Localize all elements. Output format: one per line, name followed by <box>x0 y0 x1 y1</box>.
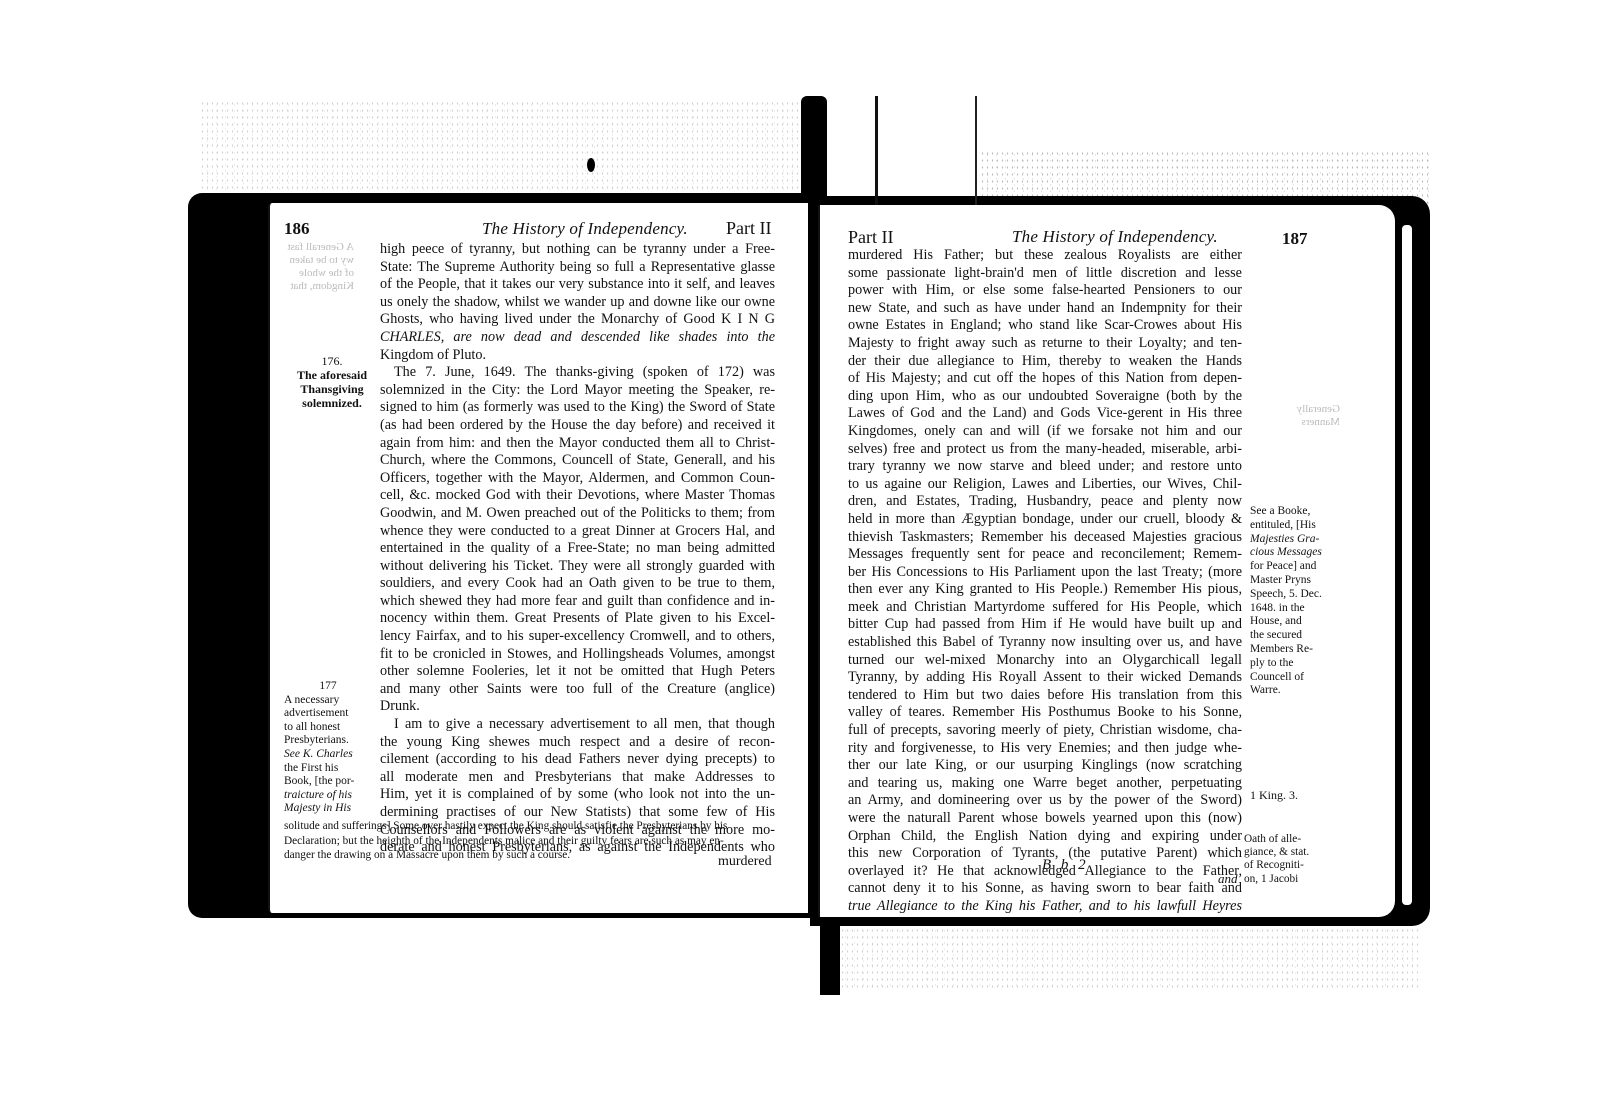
footnote-line: Declaration; but the heighth of the Inde… <box>284 834 774 849</box>
text-line: Lawes of God and the Land) and Gods Vice… <box>848 405 1242 423</box>
text-line: owne Estates in England; who stand like … <box>848 317 1242 335</box>
page-number: 187 <box>1282 229 1308 249</box>
footnote-line: danger the drawing on a Massacre upon th… <box>284 848 774 863</box>
text-line: Officers, together with the Mayor, Alder… <box>380 470 775 488</box>
margin-note-see-a-booke: See a Booke, entituled, [His Majesties G… <box>1250 505 1335 698</box>
margin-note-1-king-3: 1 King. 3. <box>1250 788 1330 802</box>
text-line: Goodwin, and M. Owen preached out of the… <box>380 505 775 523</box>
left-body-text: high peece of tyranny, but nothing can b… <box>380 241 775 857</box>
text-line: cell, &c. mocked God with their Devotion… <box>380 487 775 505</box>
text-line: fit to be cronicled in Stowes, and Holli… <box>380 646 775 664</box>
text-line: selves) free and protect us from the man… <box>848 441 1242 459</box>
text-line: held in more than Ægyptian bondage, unde… <box>848 511 1242 529</box>
text-line: ding upon Him, who as our undoubted Sove… <box>848 388 1242 406</box>
text-line: and many other Saints were too full of t… <box>380 681 775 699</box>
text-line: an Army, and domineering over us by the … <box>848 792 1242 810</box>
text-line: tendered to Him but two daies before His… <box>848 687 1242 705</box>
part-label: Part II <box>848 227 893 248</box>
text-line: us onely the shadow, whilst we wander up… <box>380 294 775 312</box>
text-line: (as had been ordered by the House the da… <box>380 417 775 435</box>
page-edge-strip <box>1402 225 1412 905</box>
running-title: The History of Independency. <box>482 219 688 239</box>
text-line: nocency within them. Great Presents of P… <box>380 610 775 628</box>
text-line: rity and forgivenesse, to His very Enemi… <box>848 740 1242 758</box>
text-line: new State, and such as have under hand a… <box>848 300 1242 318</box>
text-line: CHARLES, are now dead and descended like… <box>380 329 775 347</box>
catchword: murdered <box>718 854 772 870</box>
footnote-line: solitude and sufferings] Some over hasti… <box>284 819 774 834</box>
text-line: established this Babel of Tyranny now in… <box>848 634 1242 652</box>
text-line: solemnized in the City: the Lord Mayor m… <box>380 382 775 400</box>
text-line: Kingdom of Pluto. <box>380 347 775 365</box>
text-line: valley of teares. Remember His Posthumus… <box>848 704 1242 722</box>
text-line: cilement (according to his dead Fathers … <box>380 751 775 769</box>
text-line: ther our late King, or our usurping King… <box>848 757 1242 775</box>
text-line: true Allegiance to the King his Father, … <box>848 898 1242 916</box>
bleed-through-text: A Generall fast wy to be taken of the wh… <box>276 241 354 293</box>
text-line: Messages frequently sent for peace and r… <box>848 546 1242 564</box>
text-line: Him, yet it is complained of by some (wh… <box>380 786 775 804</box>
text-line: the young King shewes much respect and a… <box>380 734 775 752</box>
text-line: lency Fairfax, and to his super-excellen… <box>380 628 775 646</box>
text-line: Church, where the Commons, Councell of S… <box>380 452 775 470</box>
text-line: entertained in the quality of a Free-Sta… <box>380 540 775 558</box>
text-line: cannot deny it to his Sonne, as having s… <box>848 880 1242 898</box>
text-line: to us againe our Religion, Lawes and Lib… <box>848 476 1242 494</box>
text-line: Orphan Child, the English Nation dying a… <box>848 828 1242 846</box>
right-page: Part II The History of Independency. 187… <box>818 205 1395 917</box>
right-body-text: murdered His Father; but these zealous R… <box>848 247 1242 916</box>
text-line: murdered His Father; but these zealous R… <box>848 247 1242 265</box>
text-line: which shewed they had more fear and guil… <box>380 593 775 611</box>
margin-note-177: 177 A necessary advertisement to all hon… <box>284 680 372 816</box>
text-line: ber His Concessions to His Parliament up… <box>848 564 1242 582</box>
running-title: The History of Independency. <box>1012 227 1218 247</box>
text-line: I am to give a necessary advertisement t… <box>380 716 775 734</box>
text-line: trary tyranny we now starve and bleed un… <box>848 458 1242 476</box>
margin-note-oath-of-allegiance: Oath of alle- giance, & stat. of Recogni… <box>1244 833 1329 886</box>
left-page: 186 The History of Independency. Part II… <box>268 203 808 913</box>
text-line: and tearing us, making one Warre beget a… <box>848 775 1242 793</box>
spine-edge-line <box>975 96 977 216</box>
text-line: other solemne Fooleries, let it not be o… <box>380 663 775 681</box>
part-label: Part II <box>726 218 771 239</box>
text-line: power with Him, or else some false-heart… <box>848 282 1242 300</box>
signature-mark: B b 2 <box>1042 857 1089 874</box>
text-line: bitter Cup had passed from Him if He wou… <box>848 616 1242 634</box>
text-line: without delivering his Ticket. They were… <box>380 558 775 576</box>
text-line: all moderate men and Presbyterians that … <box>380 769 775 787</box>
bleed-through-text: Generally Manners <box>1260 403 1340 429</box>
text-line: Ghosts, who having lived under the Monar… <box>380 311 775 329</box>
text-line: some passionate light-brain'd men of lit… <box>848 265 1242 283</box>
text-line: der their due allegiance to Him, thereby… <box>848 353 1242 371</box>
text-line: full of precepts, savoring meerly of pie… <box>848 722 1242 740</box>
text-line: Kingdomes, onely can and will (if we for… <box>848 423 1242 441</box>
book-spine-bottom <box>820 915 840 995</box>
text-line: Drunk. <box>380 698 775 716</box>
book-spine-top <box>801 96 827 216</box>
scan-noise-bottom <box>820 920 1420 990</box>
text-line: of the People, that it takes our very su… <box>380 276 775 294</box>
text-line: again from him: and then the Mayor condu… <box>380 435 775 453</box>
ink-blot <box>587 158 595 172</box>
text-line: The 7. June, 1649. The thanks-giving (sp… <box>380 364 775 382</box>
text-line: whence they were conducted to a great Di… <box>380 523 775 541</box>
footnote: solitude and sufferings] Some over hasti… <box>284 819 774 863</box>
text-line: meek and Christian Martyrdome suffered f… <box>848 599 1242 617</box>
text-line: signed to him (as formerly was used to t… <box>380 399 775 417</box>
page-number: 186 <box>284 219 310 239</box>
text-line: high peece of tyranny, but nothing can b… <box>380 241 775 259</box>
text-line: dren, and Estates, Trading, Husbandry, p… <box>848 493 1242 511</box>
text-line: souldiers, and every Cook had an Oath gi… <box>380 575 775 593</box>
margin-note-176: 176. The aforesaid Thansgiving solemnize… <box>290 354 374 410</box>
text-line: then ever any King granted to His People… <box>848 581 1242 599</box>
text-line: thievish Taskmasters; Remember his decea… <box>848 529 1242 547</box>
catchword: and <box>1218 871 1238 887</box>
text-line: Majesty to fright away such as returne t… <box>848 335 1242 353</box>
text-line: of His Majesty; and cut off the hopes of… <box>848 370 1242 388</box>
spine-edge-line <box>875 96 878 216</box>
text-line: State: The Supreme Authority being so fu… <box>380 259 775 277</box>
text-line: were the naturall Parent whose bowels ye… <box>848 810 1242 828</box>
text-line: turned our wel-mixed Monarchy into an Ol… <box>848 652 1242 670</box>
text-line: Tyranny, by adding His Royall Assent to … <box>848 669 1242 687</box>
